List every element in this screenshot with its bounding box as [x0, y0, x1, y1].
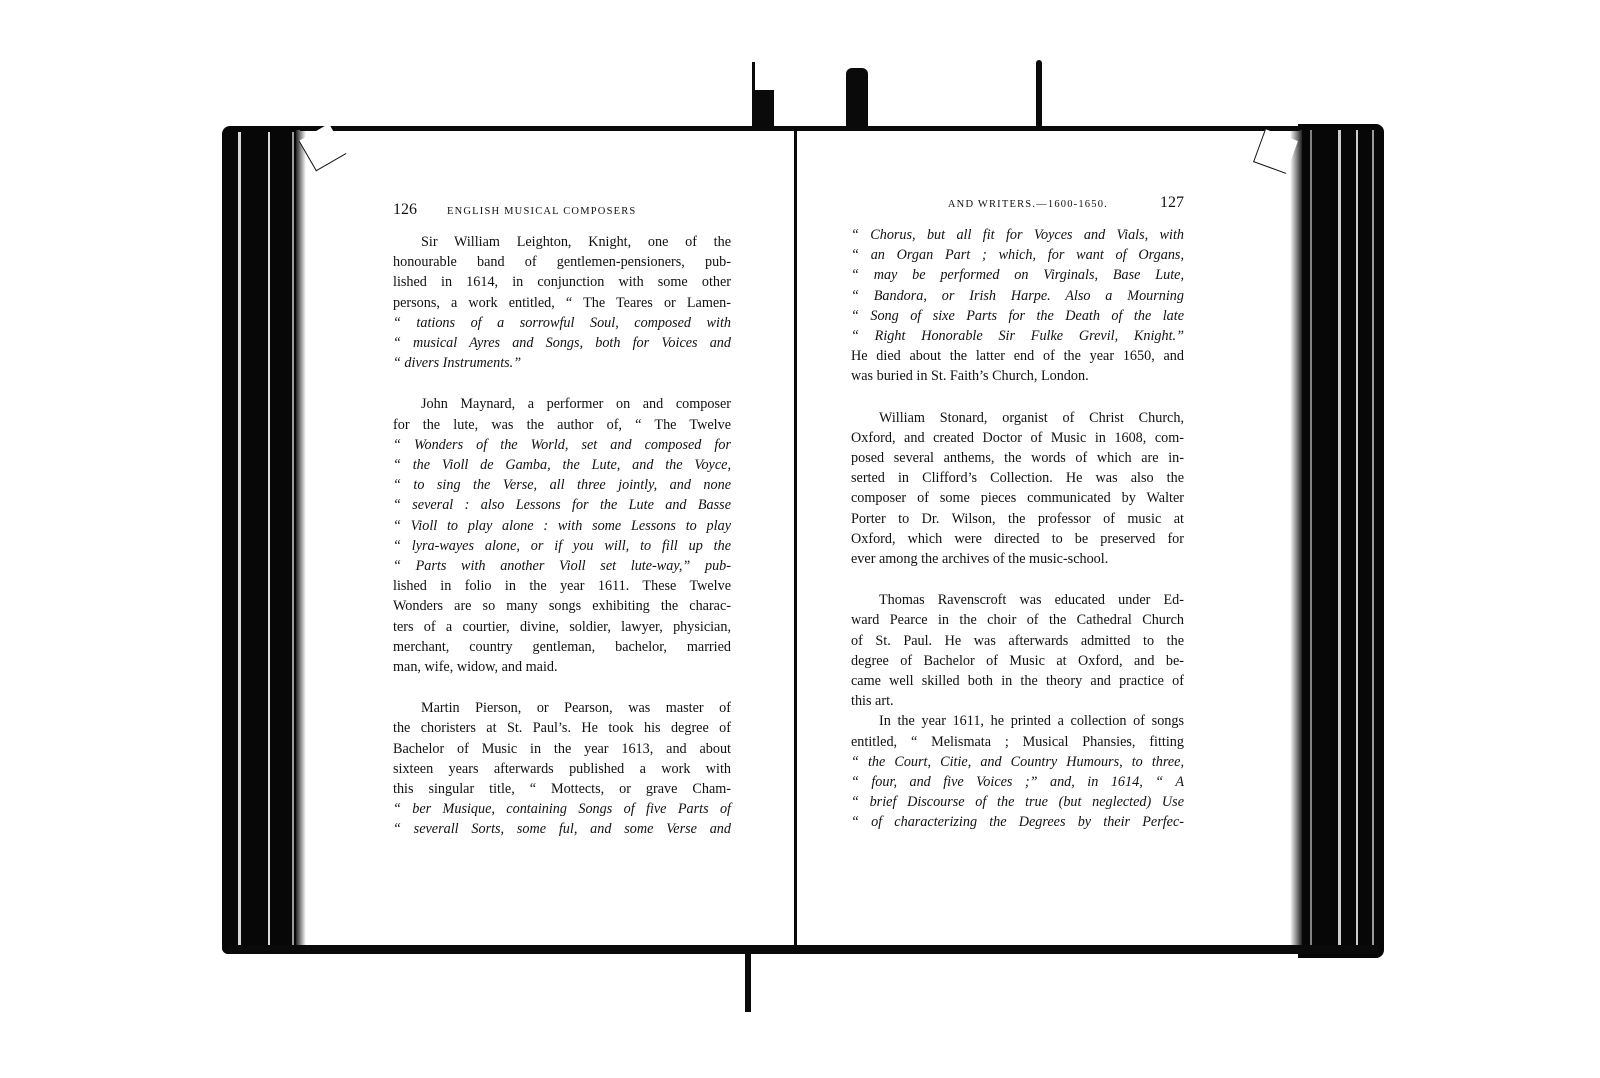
text-line: Sir William Leighton, Knight, one of the — [393, 232, 731, 252]
text-line: In the year 1611, he printed a collectio… — [851, 711, 1184, 731]
text-line: posed several anthems, the words of whic… — [851, 448, 1184, 468]
text-line: degree of Bachelor of Music at Oxford, a… — [851, 651, 1184, 671]
text-line: entitled, “ Melismata ; Musical Phansies… — [851, 732, 1184, 752]
running-head: AND WRITERS.—1600-1650. — [948, 195, 1108, 215]
left-page-edge-shadow — [296, 130, 306, 948]
text-line: “ Parts with another Violl set lute-way,… — [393, 556, 731, 576]
paragraph-leighton: Sir William Leighton, Knight, one of the… — [393, 232, 731, 373]
text-line: persons, a work entitled, “ The Teares o… — [393, 293, 731, 313]
text-line: Oxford, which were directed to be preser… — [851, 529, 1184, 549]
text-line: composer of some pieces communicated by … — [851, 488, 1184, 508]
text-line: Martin Pierson, or Pearson, was master o… — [393, 698, 731, 718]
text-line: the choristers at St. Paul’s. He took hi… — [393, 718, 731, 738]
text-line: Wonders are so many songs exhibiting the… — [393, 596, 731, 616]
text-line: “ four, and five Voices ;” and, in 1614,… — [851, 772, 1184, 792]
right-page: AND WRITERS.—1600-1650. 127 “ Chorus, bu… — [851, 193, 1184, 833]
right-cover-binding — [1298, 124, 1384, 958]
text-line: “ to sing the Verse, all three jointly, … — [393, 475, 731, 495]
text-line: Porter to Dr. Wilson, the professor of m… — [851, 509, 1184, 529]
text-line: sixteen years afterwards published a wor… — [393, 759, 731, 779]
book-gutter — [794, 130, 797, 950]
paragraph-pierson-continued: “ Chorus, but all fit for Voyces and Via… — [851, 225, 1184, 387]
text-line: for the lute, was the author of, “ The T… — [393, 415, 731, 435]
text-line: this singular title, “ Mottects, or grav… — [393, 779, 731, 799]
left-page: 126 ENGLISH MUSICAL COMPOSERS Sir Willia… — [393, 200, 731, 840]
text-line: Bachelor of Music in the year 1613, and … — [393, 739, 731, 759]
text-line: ever among the archives of the music-sch… — [851, 549, 1184, 569]
page-number: 127 — [1160, 193, 1184, 213]
text-line: came well skilled both in the theory and… — [851, 671, 1184, 691]
text-line: was buried in St. Faith’s Church, London… — [851, 366, 1184, 386]
paragraph-stonard: William Stonard, organist of Christ Chur… — [851, 408, 1184, 570]
running-head: ENGLISH MUSICAL COMPOSERS — [447, 202, 636, 222]
text-line: “ severall Sorts, some ful, and some Ver… — [393, 819, 731, 839]
text-line: of St. Paul. He was afterwards admitted … — [851, 631, 1184, 651]
top-edge — [300, 126, 1300, 131]
text-line: “ Violl to play alone : with some Lesson… — [393, 516, 731, 536]
top-clip-middle — [846, 68, 868, 130]
text-line: “ Bandora, or Irish Harpe. Also a Mourni… — [851, 286, 1184, 306]
text-line: John Maynard, a performer on and compose… — [393, 394, 731, 414]
paragraph-ravenscroft: Thomas Ravenscroft was educated under Ed… — [851, 590, 1184, 711]
text-line: “ an Organ Part ; which, for want of Org… — [851, 245, 1184, 265]
right-page-header: AND WRITERS.—1600-1650. 127 — [851, 193, 1184, 217]
text-line: ters of a courtier, divine, soldier, law… — [393, 617, 731, 637]
text-line: honourable band of gentlemen-pensioners,… — [393, 252, 731, 272]
text-line: “ Chorus, but all fit for Voyces and Via… — [851, 225, 1184, 245]
text-line: “ Wonders of the World, set and composed… — [393, 435, 731, 455]
text-line: lished in 1614, in conjunction with some… — [393, 272, 731, 292]
paragraph-ravenscroft-continued: In the year 1611, he printed a collectio… — [851, 711, 1184, 832]
text-line: “ tations of a sorrowful Soul, composed … — [393, 313, 731, 333]
text-line: “ of characterizing the Degrees by their… — [851, 812, 1184, 832]
text-line: “ musical Ayres and Songs, both for Voic… — [393, 333, 731, 353]
text-line: “ several : also Lessons for the Lute an… — [393, 495, 731, 515]
text-line: Thomas Ravenscroft was educated under Ed… — [851, 590, 1184, 610]
text-line: He died about the latter end of the year… — [851, 346, 1184, 366]
text-line: lished in folio in the year 1611. These … — [393, 576, 731, 596]
paragraph-pierson: Martin Pierson, or Pearson, was master o… — [393, 698, 731, 839]
bottom-clip — [745, 952, 751, 1012]
text-line: serted in Clifford’s Collection. He was … — [851, 468, 1184, 488]
bottom-edge — [228, 945, 1378, 954]
text-line: “ ber Musique, containing Songs of five … — [393, 799, 731, 819]
text-line: “ lyra-wayes alone, or if you will, to f… — [393, 536, 731, 556]
text-line: “ may be performed on Virginals, Base Lu… — [851, 265, 1184, 285]
right-page-edge-shadow — [1290, 130, 1302, 948]
paragraph-maynard: John Maynard, a performer on and compose… — [393, 394, 731, 677]
text-line: ward Pearce in the choir of the Cathedra… — [851, 610, 1184, 630]
text-line: Oxford, and created Doctor of Music in 1… — [851, 428, 1184, 448]
text-line: man, wife, widow, and maid. — [393, 657, 731, 677]
text-line: “ divers Instruments.” — [393, 353, 731, 373]
left-page-header: 126 ENGLISH MUSICAL COMPOSERS — [393, 200, 731, 224]
top-clip-left-pin — [752, 62, 755, 92]
text-line: merchant, country gentleman, bachelor, m… — [393, 637, 731, 657]
text-line: “ the Court, Citie, and Country Humours,… — [851, 752, 1184, 772]
top-clip-left — [752, 90, 774, 130]
text-line: “ Song of sixe Parts for the Death of th… — [851, 306, 1184, 326]
left-cover-binding — [222, 126, 302, 954]
top-clip-right — [1036, 60, 1042, 128]
text-line: “ Right Honorable Sir Fulke Grevil, Knig… — [851, 326, 1184, 346]
text-line: “ brief Discourse of the true (but negle… — [851, 792, 1184, 812]
text-line: William Stonard, organist of Christ Chur… — [851, 408, 1184, 428]
text-line: “ the Violl de Gamba, the Lute, and the … — [393, 455, 731, 475]
text-line: this art. — [851, 691, 1184, 711]
page-number: 126 — [393, 200, 417, 220]
